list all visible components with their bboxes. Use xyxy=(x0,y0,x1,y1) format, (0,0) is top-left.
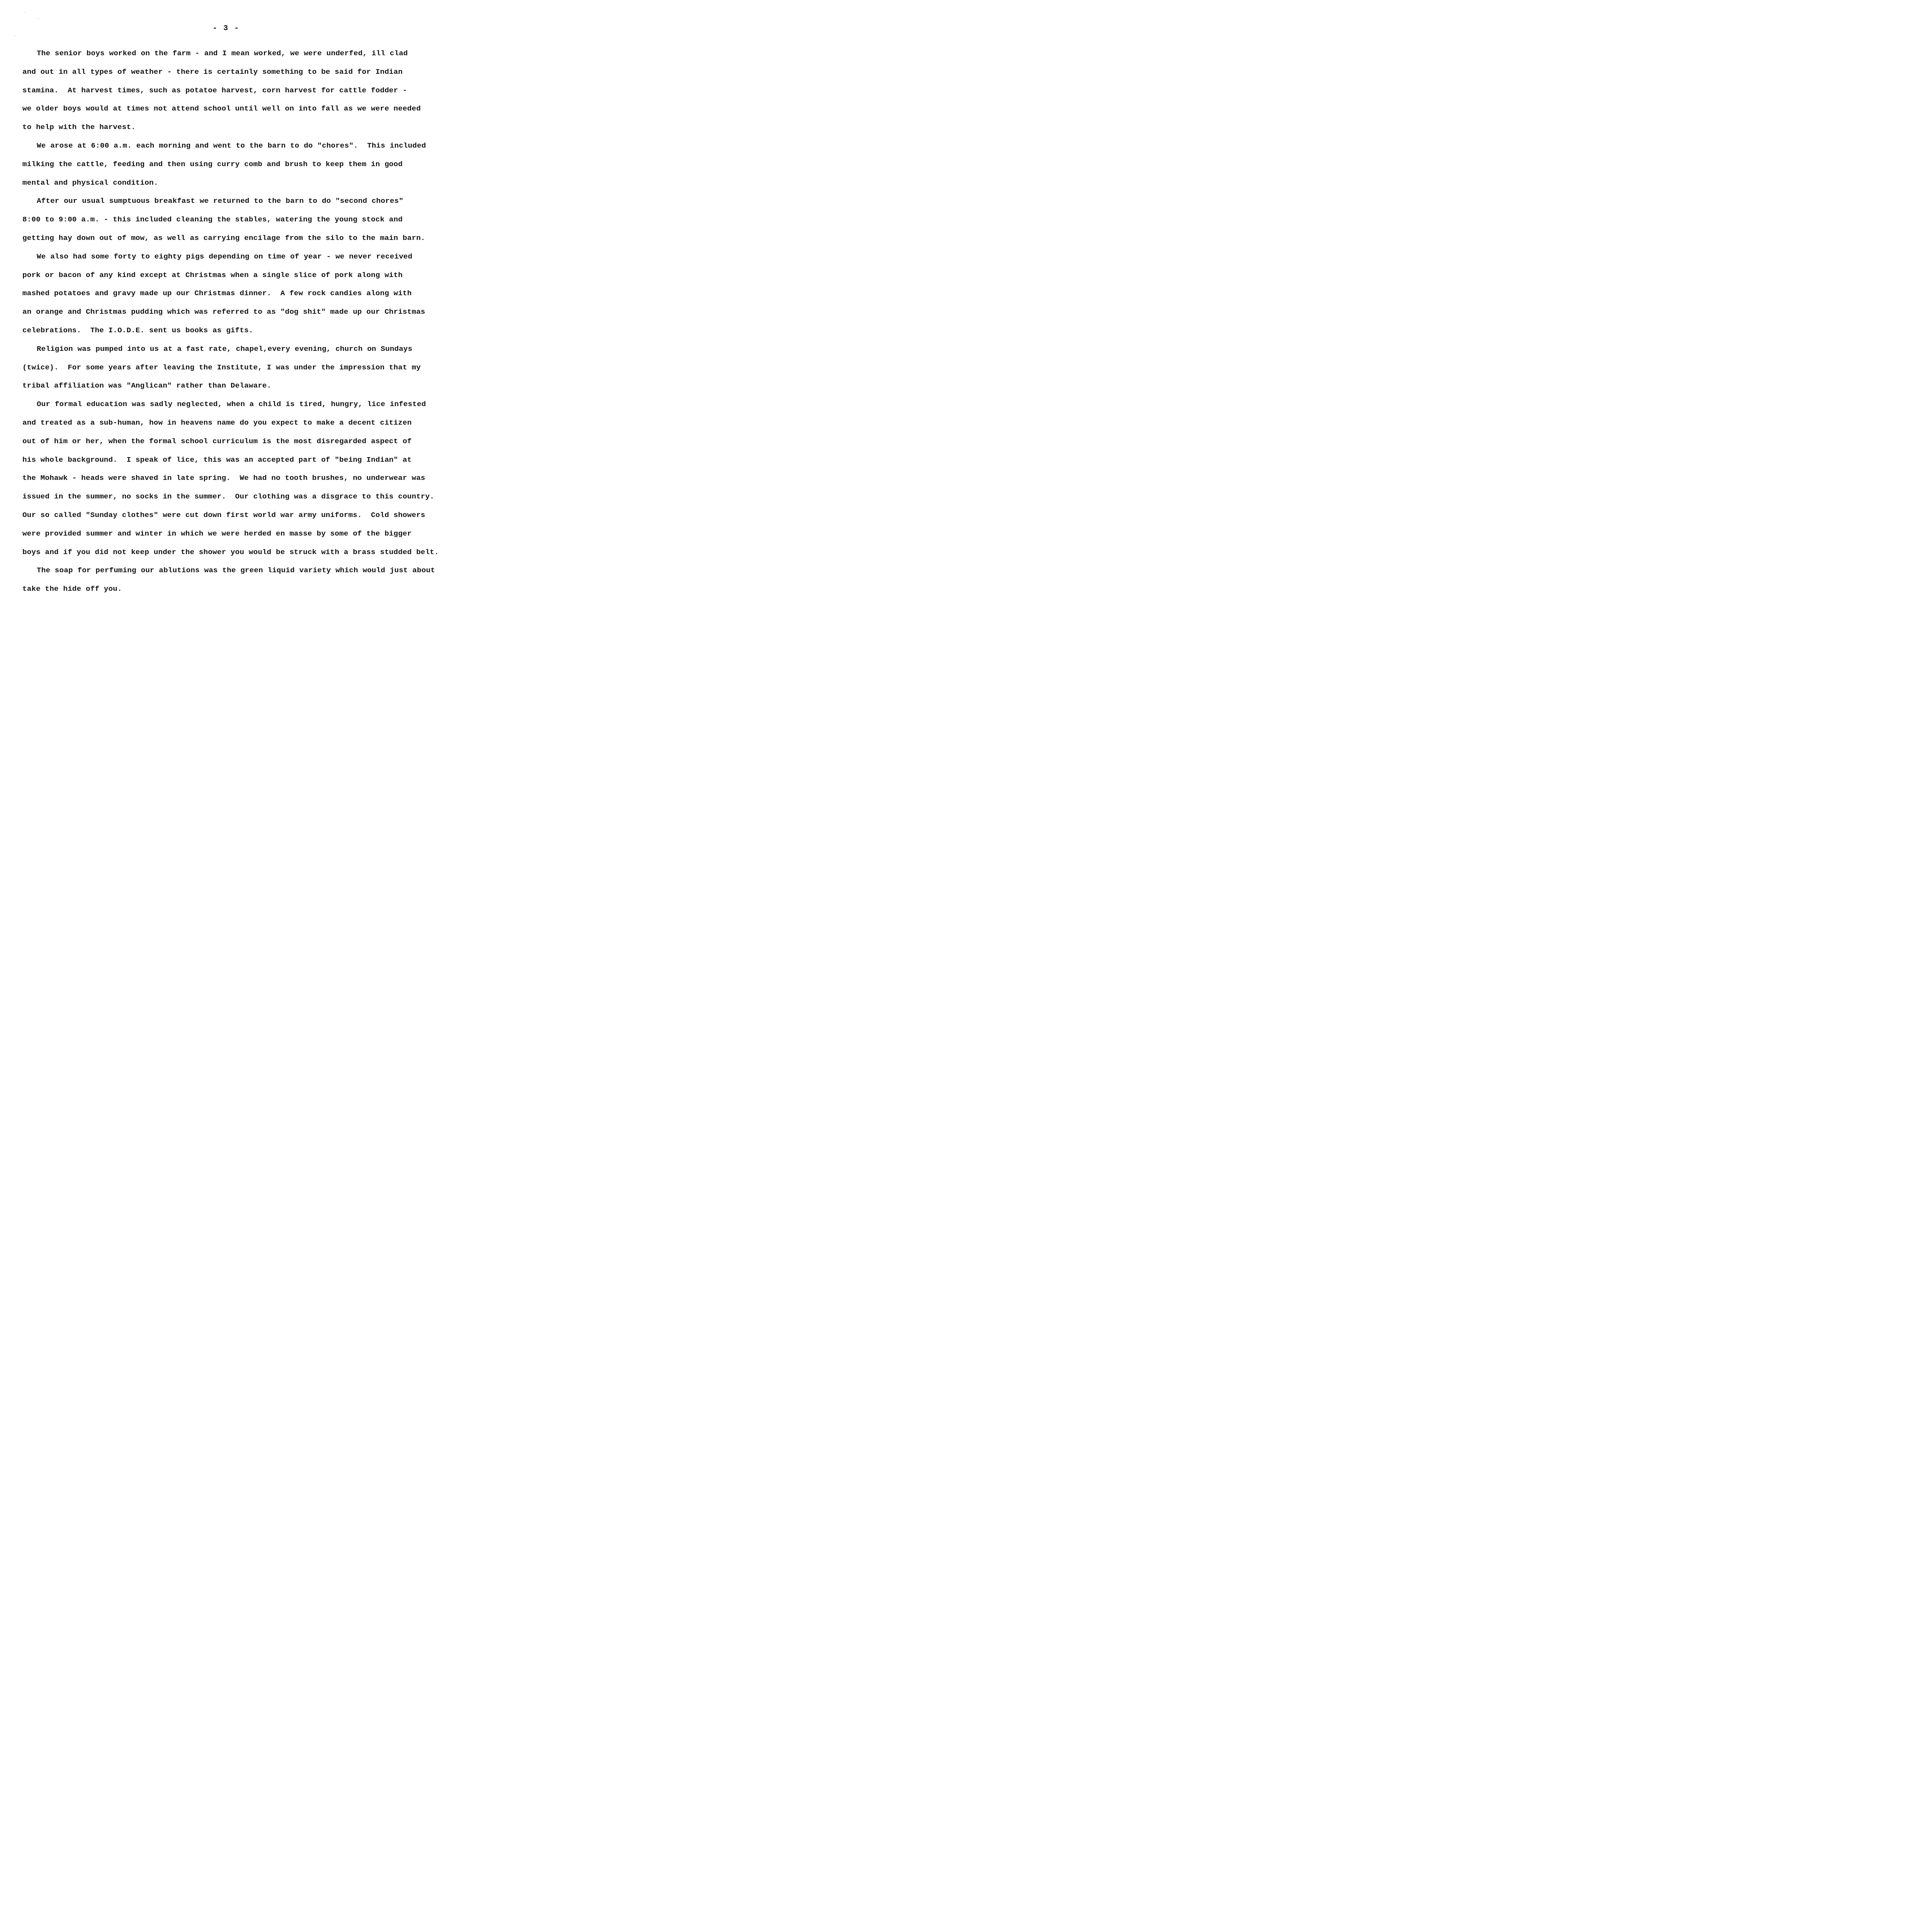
text-line: out of him or her, when the formal schoo… xyxy=(22,434,455,453)
text-line: 8:00 to 9:00 a.m. - this included cleani… xyxy=(22,213,455,231)
text-line: were provided summer and winter in which… xyxy=(22,527,455,545)
text-line: Religion was pumped into us at a fast ra… xyxy=(22,342,455,361)
text-line: celebrations. The I.O.D.E. sent us books… xyxy=(22,323,455,342)
text-line: The senior boys worked on the farm - and… xyxy=(22,46,455,65)
text-line: mental and physical condition. xyxy=(22,176,455,194)
text-line: Our so called "Sunday clothes" were cut … xyxy=(22,508,455,527)
text-line: We arose at 6:00 a.m. each morning and w… xyxy=(22,139,455,157)
text-line: an orange and Christmas pudding which wa… xyxy=(22,305,455,323)
document-page: · · · - 3 - The senior boys worked on th… xyxy=(0,0,468,606)
text-line: milking the cattle, feeding and then usi… xyxy=(22,157,455,176)
text-line: to help with the harvest. xyxy=(22,120,455,139)
text-line: (twice). For some years after leaving th… xyxy=(22,361,455,379)
text-line: his whole background. I speak of lice, t… xyxy=(22,453,455,471)
text-line: mashed potatoes and gravy made up our Ch… xyxy=(22,286,455,305)
text-line: pork or bacon of any kind except at Chri… xyxy=(22,268,455,287)
scan-speck: · xyxy=(37,17,39,21)
page-number: - 3 - xyxy=(0,24,452,33)
text-line: After our usual sumptuous breakfast we r… xyxy=(22,194,455,213)
scan-speck: · xyxy=(24,11,26,15)
text-line: and treated as a sub-human, how in heave… xyxy=(22,416,455,434)
text-line: and out in all types of weather - there … xyxy=(22,65,455,83)
text-line: Our formal education was sadly neglected… xyxy=(22,397,455,416)
text-line: The soap for perfuming our ablutions was… xyxy=(22,563,455,582)
text-line: stamina. At harvest times, such as potat… xyxy=(22,83,455,102)
text-line: boys and if you did not keep under the s… xyxy=(22,545,455,564)
text-line: the Mohawk - heads were shaved in late s… xyxy=(22,471,455,490)
text-line: tribal affiliation was "Anglican" rather… xyxy=(22,379,455,397)
text-line: issued in the summer, no socks in the su… xyxy=(22,490,455,508)
text-line: take the hide off you. xyxy=(22,582,455,600)
scan-speck: · xyxy=(14,34,16,38)
text-line: we older boys would at times not attend … xyxy=(22,102,455,120)
text-line: getting hay down out of mow, as well as … xyxy=(22,231,455,250)
body-text: The senior boys worked on the farm - and… xyxy=(22,46,455,600)
text-line: We also had some forty to eighty pigs de… xyxy=(22,250,455,268)
